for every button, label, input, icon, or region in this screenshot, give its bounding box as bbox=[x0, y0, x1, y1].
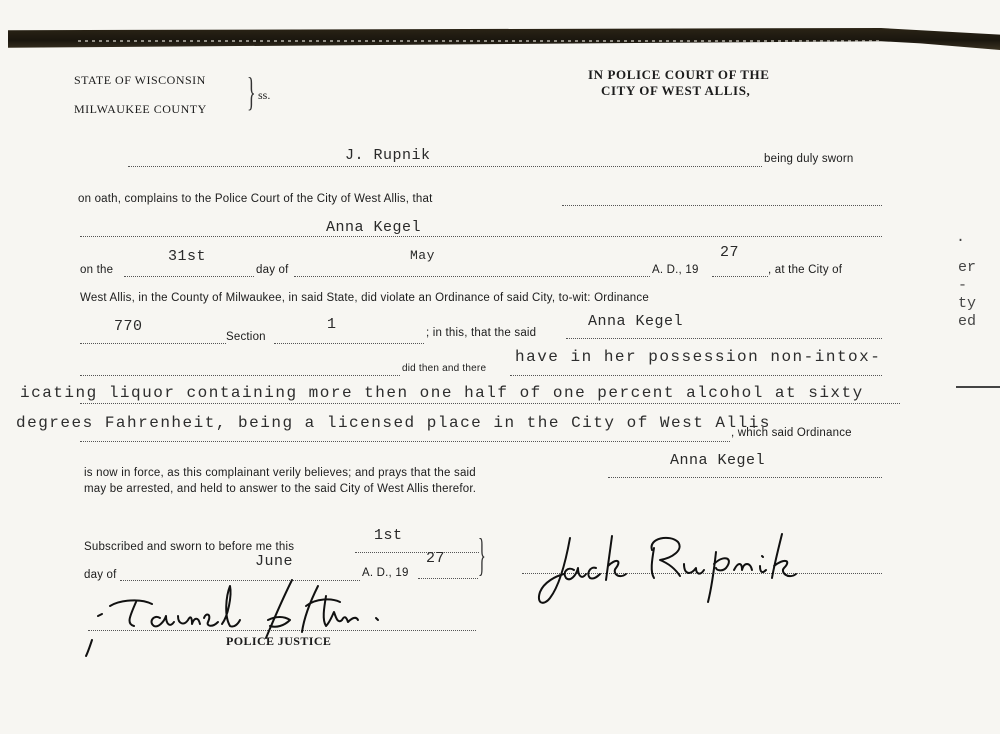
did-then-line bbox=[80, 375, 400, 376]
venue-county: MILWAUKEE COUNTY bbox=[74, 102, 207, 117]
bleed-text-1: er bbox=[958, 258, 976, 277]
sworn-day: 1st bbox=[374, 527, 403, 544]
being-duly-sworn-text: being duly sworn bbox=[764, 153, 854, 165]
defendant-name: Anna Kegel bbox=[326, 219, 421, 236]
day-of-text: day of bbox=[256, 264, 289, 276]
jurat-brace: } bbox=[478, 532, 486, 578]
charge-line-2-dots bbox=[80, 403, 900, 404]
charge-line-3-dots bbox=[80, 441, 730, 442]
sworn-year-line bbox=[418, 578, 478, 579]
complainant-name: J. Rupnik bbox=[345, 147, 431, 164]
ordinance-number: 770 bbox=[114, 318, 143, 335]
section-text: Section bbox=[226, 331, 266, 343]
sworn-day-line bbox=[355, 552, 479, 553]
subscribed-text: Subscribed and sworn to before me this bbox=[84, 541, 294, 553]
defendant-3-line bbox=[608, 477, 882, 478]
scan-edge-bar bbox=[8, 28, 1000, 50]
defendant-name-2: Anna Kegel bbox=[588, 313, 683, 330]
sworn-year: 27 bbox=[426, 550, 445, 567]
defendant-line bbox=[80, 236, 882, 237]
now-in-force-text: is now in force, as this complainant ver… bbox=[84, 467, 476, 479]
offense-day: 31st bbox=[168, 248, 206, 265]
offense-day-line bbox=[124, 276, 254, 277]
offense-month-line bbox=[294, 276, 650, 277]
in-this-text: ; in this, that the said bbox=[426, 327, 536, 339]
charge-line-1-dots bbox=[510, 375, 882, 376]
venue-brace: } bbox=[247, 72, 256, 112]
bleed-text-2: - bbox=[958, 276, 967, 295]
defendant-2-line bbox=[566, 338, 882, 339]
offense-month: May bbox=[410, 248, 435, 263]
did-then-text: did then and there bbox=[402, 363, 486, 374]
charge-line-3: degrees Fahrenheit, being a licensed pla… bbox=[16, 414, 771, 432]
charge-line-2: icating liquor containing more then one … bbox=[20, 384, 864, 402]
violate-ordinance-text: West Allis, in the County of Milwaukee, … bbox=[80, 292, 649, 304]
court-heading-line1: IN POLICE COURT OF THE bbox=[588, 68, 770, 82]
venue-state: STATE OF WISCONSIN bbox=[74, 73, 206, 88]
offense-year-line bbox=[712, 276, 768, 277]
section-line bbox=[274, 343, 424, 344]
bleed-rule bbox=[956, 386, 1000, 388]
on-oath-line bbox=[562, 205, 882, 206]
on-the-text: on the bbox=[80, 264, 113, 276]
bleed-text-3: ty bbox=[958, 294, 976, 313]
which-said-ordinance-text: , which said Ordinance bbox=[731, 427, 852, 439]
complainant-line bbox=[128, 166, 762, 167]
sworn-month: June bbox=[255, 553, 293, 570]
charge-line-1: have in her possession non-intox- bbox=[515, 348, 881, 366]
bleed-dot: . bbox=[956, 228, 965, 247]
bleed-text-4: ed bbox=[958, 312, 976, 331]
at-city-of-text: , at the City of bbox=[768, 264, 842, 276]
on-oath-text: on oath, complains to the Police Court o… bbox=[78, 193, 433, 205]
ordinance-line bbox=[80, 343, 226, 344]
police-justice-label: POLICE JUSTICE bbox=[226, 634, 331, 649]
venue-ss: ss. bbox=[258, 88, 270, 103]
may-be-arrested-text: may be arrested, and held to answer to t… bbox=[84, 483, 476, 495]
offense-year: 27 bbox=[720, 244, 739, 261]
court-heading-line2: CITY OF WEST ALLIS, bbox=[601, 84, 750, 98]
complainant-signature bbox=[530, 530, 820, 610]
defendant-name-3: Anna Kegel bbox=[670, 452, 765, 469]
section-number: 1 bbox=[327, 316, 337, 333]
ad-text: A. D., 19 bbox=[652, 264, 699, 276]
